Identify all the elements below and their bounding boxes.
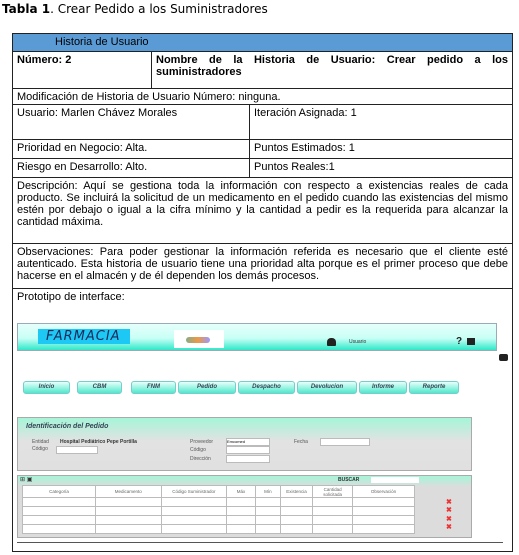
nav-pedido[interactable]: Pedido [178, 381, 236, 394]
grid-cell[interactable] [23, 498, 96, 507]
codigo2-input[interactable] [226, 446, 270, 454]
grid-cell[interactable] [313, 525, 353, 534]
grid-column-header[interactable]: Medicamento [96, 486, 162, 498]
fecha-label: Fecha [294, 439, 308, 445]
table-caption: Tabla 1. Crear Pedido a los Suministrado… [2, 2, 268, 16]
grid-cell[interactable] [313, 507, 353, 516]
story-risk: Riesgo en Desarrollo: Alto. [13, 159, 249, 177]
grid-cell[interactable] [23, 516, 96, 525]
story-observations: Observaciones: Para poder gestionar la i… [13, 244, 512, 288]
grid-cell[interactable] [353, 498, 415, 507]
grid-cell[interactable] [313, 516, 353, 525]
story-header: Historia de Usuario [13, 34, 512, 52]
grid-column-header[interactable]: Existencia [280, 486, 312, 498]
delete-row-icon[interactable]: ✖ [446, 498, 452, 506]
search-input[interactable] [371, 477, 419, 483]
grid-cell[interactable] [280, 525, 312, 534]
story-user: Usuario: Marlen Chávez Morales [13, 105, 249, 139]
user-icon [327, 338, 336, 346]
story-modification: Modificación de Historia de Usuario Núme… [13, 89, 512, 104]
search-label: BUSCAR [338, 477, 359, 483]
story-modification-row: Modificación de Historia de Usuario Núme… [13, 89, 512, 105]
user-story-table: Historia de Usuario Número: 2 Nombre de … [12, 33, 513, 552]
grid-cell[interactable] [161, 516, 227, 525]
story-observations-row: Observaciones: Para poder gestionar la i… [13, 244, 512, 289]
proveedor-label: Proveedor [190, 439, 213, 445]
direccion-label: Dirección [190, 456, 211, 462]
story-priority-row: Prioridad en Negocio: Alta. Puntos Estim… [13, 140, 512, 159]
nav-fnm[interactable]: FNM [131, 381, 176, 394]
proveedor-select[interactable]: Emcomed [226, 438, 270, 446]
grid-cell[interactable] [255, 498, 280, 507]
grid-cell[interactable] [255, 516, 280, 525]
grid-cell[interactable] [280, 507, 312, 516]
app-header-bar: FARMACIA Usuario ? [17, 323, 497, 351]
grid-cell[interactable] [227, 516, 256, 525]
nav-inicio[interactable]: Inicio [23, 381, 70, 394]
table-row[interactable] [23, 507, 415, 516]
phone-icon[interactable] [499, 354, 508, 361]
grid-cell[interactable] [353, 516, 415, 525]
story-number: Número: 2 [13, 52, 151, 88]
grid-column-header[interactable]: Máx [227, 486, 256, 498]
story-prototype-label: Prototipo de interface: [13, 289, 512, 305]
story-risk-row: Riesgo en Desarrollo: Alto. Puntos Reale… [13, 159, 512, 178]
table-row[interactable] [23, 498, 415, 507]
order-grid: CategoríaMedicamentoCódigo Suministrador… [22, 485, 415, 534]
delete-row-icon[interactable]: ✖ [446, 506, 452, 514]
story-estimated-points: Puntos Estimados: 1 [249, 140, 512, 158]
fecha-input[interactable] [320, 438, 370, 446]
grid-cell[interactable] [255, 507, 280, 516]
codigo-label: Código [32, 446, 48, 452]
grid-cell[interactable] [353, 525, 415, 534]
grid-column-header[interactable]: Cantidad solicitada [313, 486, 353, 498]
story-real-points: Puntos Reales:1 [249, 159, 512, 177]
table-row[interactable] [23, 516, 415, 525]
prototype-bottom-divider [17, 542, 503, 543]
order-grid-panel: ⊞ ▣ BUSCAR CategoríaMedicamentoCódigo Su… [17, 475, 472, 538]
story-description: Descripción: Aquí se gestiona toda la in… [13, 178, 512, 243]
grid-cell[interactable] [255, 525, 280, 534]
grid-cell[interactable] [313, 498, 353, 507]
grid-cell[interactable] [23, 507, 96, 516]
help-icon[interactable]: ? [456, 336, 462, 347]
story-number-row: Número: 2 Nombre de la Historia de Usuar… [13, 52, 512, 89]
grid-cell[interactable] [96, 525, 162, 534]
grid-cell[interactable] [280, 516, 312, 525]
nav-reporte[interactable]: Reporte [409, 381, 459, 394]
codigo-input[interactable] [56, 446, 98, 454]
grid-cell[interactable] [23, 525, 96, 534]
grid-cell[interactable] [161, 507, 227, 516]
grid-toolbar-icons[interactable]: ⊞ ▣ [20, 476, 32, 483]
grid-cell[interactable] [227, 525, 256, 534]
order-identification-panel: Identificación del Pedido Entidad Hospit… [17, 417, 472, 471]
grid-column-header[interactable]: Mín [255, 486, 280, 498]
grid-cell[interactable] [96, 516, 162, 525]
grid-cell[interactable] [161, 525, 227, 534]
grid-column-header[interactable]: Observación [353, 486, 415, 498]
story-user-row: Usuario: Marlen Chávez Morales Iteración… [13, 105, 512, 140]
grid-cell[interactable] [96, 507, 162, 516]
table-row[interactable] [23, 525, 415, 534]
story-priority: Prioridad en Negocio: Alta. [13, 140, 249, 158]
panel-title: Identificación del Pedido [26, 423, 108, 430]
user-name: Usuario [349, 339, 366, 345]
nav-devolucion[interactable]: Devolucion [297, 381, 357, 394]
entidad-label: Entidad [32, 439, 49, 445]
pharmacy-logo-icon [174, 330, 224, 348]
grid-cell[interactable] [280, 498, 312, 507]
grid-cell[interactable] [353, 507, 415, 516]
story-description-row: Descripción: Aquí se gestiona toda la in… [13, 178, 512, 244]
app-brand: FARMACIA [38, 329, 130, 344]
grid-column-header[interactable]: Categoría [23, 486, 96, 498]
codigo2-label: Código [190, 447, 206, 453]
grid-cell[interactable] [227, 498, 256, 507]
grid-column-header[interactable]: Código Suministrador [161, 486, 227, 498]
grid-cell[interactable] [96, 498, 162, 507]
story-iteration: Iteración Asignada: 1 [249, 105, 512, 139]
grid-cell[interactable] [161, 498, 227, 507]
nav-informe[interactable]: Informe [359, 381, 407, 394]
story-name: Nombre de la Historia de Usuario: Crear … [151, 52, 512, 88]
delete-row-icon[interactable]: ✖ [446, 515, 452, 523]
exit-icon[interactable] [467, 338, 475, 345]
delete-row-icon[interactable]: ✖ [446, 523, 452, 531]
nav-despacho[interactable]: Despacho [238, 381, 295, 394]
entidad-value: Hospital Pediátrico Pepe Portilla [60, 439, 137, 445]
nav-cbm[interactable]: CBM [77, 381, 122, 394]
grid-cell[interactable] [227, 507, 256, 516]
direccion-input[interactable] [226, 455, 270, 463]
